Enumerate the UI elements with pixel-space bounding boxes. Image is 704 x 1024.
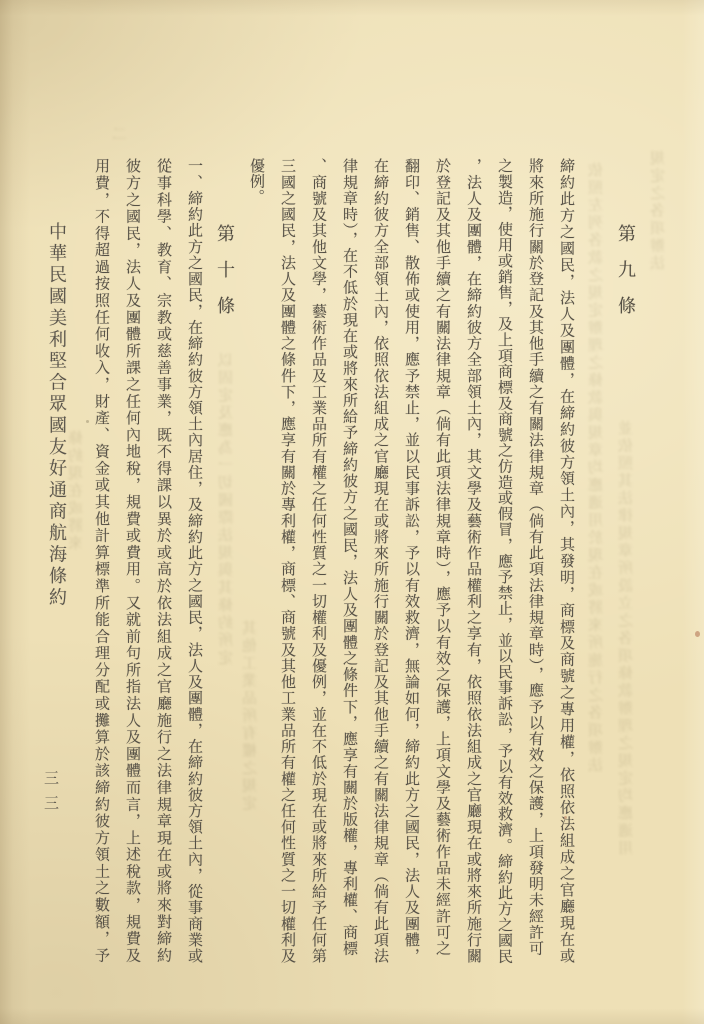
text-column: 締約此方之國民，法人及團體，在締約彼方領土內，其發明，商標及商號之專用權，依照依… xyxy=(550,158,581,966)
article-heading: 第九條 xyxy=(610,158,641,966)
text-column: 、商號及其他文學，藝術作品及工業品所有權之任何性質之一切權利及優例，並在不低於現… xyxy=(302,158,333,966)
bleed-through-column: 二 xyxy=(110,126,131,144)
text-column: 於登記及其他手續之有關法律規章（倘有此項法律規章時），應予以有效之保護，上項文學… xyxy=(426,158,457,966)
text-column: 在締約彼方全部領土內，依照依法組成之官廳現在或將來所施行關於登記及其他手續之有關… xyxy=(364,158,395,966)
text-column: 律規章時），在不低於現在或將來所給予締約彼方之國民，法人及團體之條件下，應享有關… xyxy=(333,158,364,966)
text-column: 三國之國民，法人及團體之條件下，應享有關於專利權，商標、商號及其他工業品所有權之… xyxy=(271,158,302,966)
treaty-margin-title: 中華民國美利堅合眾國友好通商航海條約 xyxy=(44,222,70,609)
text-column: 從事科學、教育、宗教或慈善事業，既不得課以異於或高於依法組成之官廳施行之法律規章… xyxy=(147,158,178,966)
bleed-through-column: 規定之各項辦法 xyxy=(648,150,669,273)
text-column: ，法人及團體，在締約彼方全部領土內，其文學及藝術作品權利之享有，依照依法組成之官… xyxy=(457,158,488,966)
text-column: 彼方之國民，法人及團體所課之任何內地稅，規費或費用。又就前句所指法人及團體而言，… xyxy=(116,158,147,966)
paper-speck xyxy=(564,816,567,819)
scanned-treaty-page: 規定之各項辦法並依照其法律規章所設立之各項條款辦理之規定均應適用依照左列各款之規… xyxy=(0,0,704,1024)
text-column: 優例。 xyxy=(240,158,271,966)
text-column: 翻印、銷售、散佈或使用，應予禁止，並以民事訴訟，予以有效救濟，無論如何，締約此方… xyxy=(395,158,426,966)
text-column: 之製造，使用或銷售，及上項商標及商號之仿造或假冒，應予禁止，並以民事訴訟，予以有… xyxy=(488,158,519,966)
article-heading: 第十條 xyxy=(209,158,240,966)
paper-speck xyxy=(695,631,700,637)
paper-speck xyxy=(86,420,89,423)
text-column: 將來所施行關於登記及其他手續之有關法律規章（倘有此項法律規章時），應予以有效之保… xyxy=(519,158,550,966)
text-column: 一、締約此方之國民，在締約彼方領土內居住，及締約此方之國民，法人及團體，在締約彼… xyxy=(178,158,209,966)
treaty-text-block: 第九條締約此方之國民，法人及團體，在締約彼方領土內，其發明，商標及商號之專用權，… xyxy=(85,158,641,966)
page-number: 三三 xyxy=(40,770,61,820)
text-column: 用費，不得超過按照任何收入，財產、資金或其他計算標準所能合理分配或攤算於該締約彼… xyxy=(85,158,116,966)
